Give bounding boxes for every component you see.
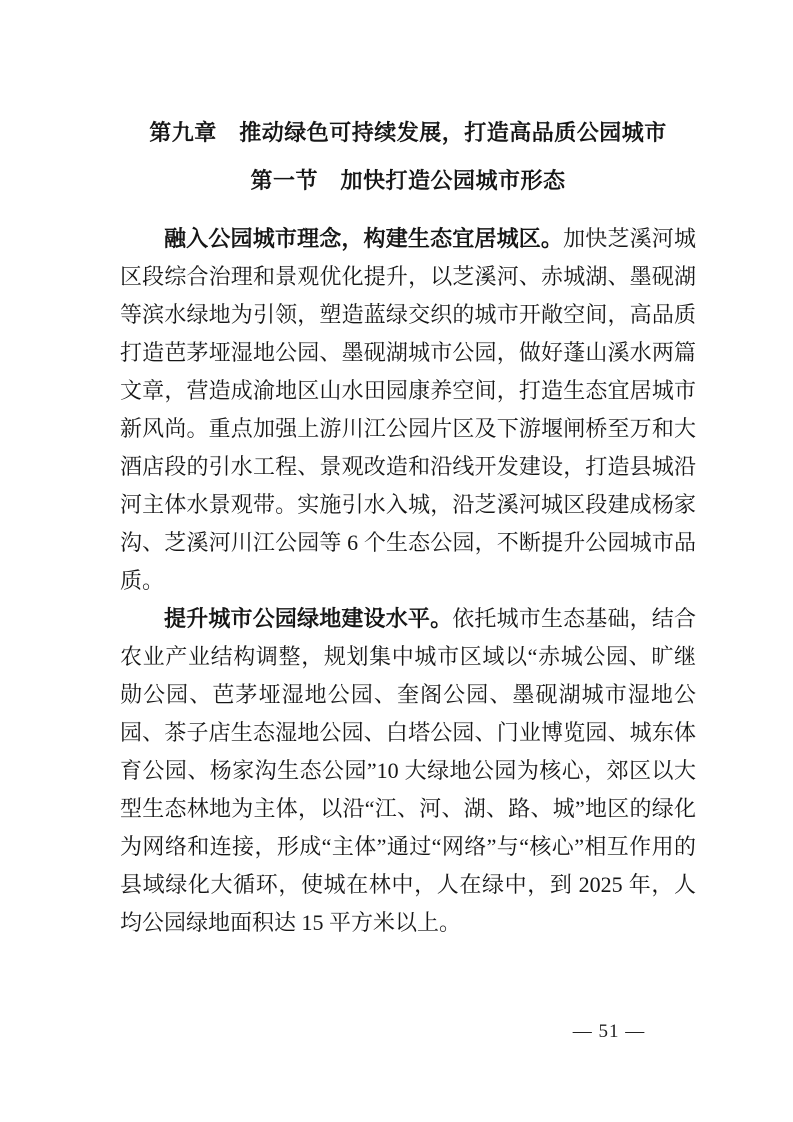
body-text: 融入公园城市理念，构建生态宜居城区。加快芝溪河城区段综合治理和景观优化提升，以芝…: [120, 220, 696, 942]
paragraph-body: 依托城市生态基础，结合农业产业结构调整，规划集中城市区域以“赤城公园、旷继勋公园…: [120, 606, 696, 935]
paragraph-lead: 融入公园城市理念，构建生态宜居城区。: [164, 226, 563, 251]
page-number: — 51 —: [564, 1021, 654, 1043]
paragraph-body: 加快芝溪河城区段综合治理和景观优化提升，以芝溪河、赤城湖、墨砚湖等滨水绿地为引领…: [120, 226, 696, 593]
paragraph: 提升城市公园绿地建设水平。依托城市生态基础，结合农业产业结构调整，规划集中城市区…: [120, 600, 696, 942]
paragraph: 融入公园城市理念，构建生态宜居城区。加快芝溪河城区段综合治理和景观优化提升，以芝…: [120, 220, 696, 600]
section-heading: 第一节 加快打造公园城市形态: [120, 166, 696, 196]
document-page: 第九章 推动绿色可持续发展，打造高品质公园城市 第一节 加快打造公园城市形态 融…: [0, 0, 793, 1122]
paragraph-lead: 提升城市公园绿地建设水平。: [164, 606, 452, 631]
chapter-heading: 第九章 推动绿色可持续发展，打造高品质公园城市: [120, 118, 696, 148]
